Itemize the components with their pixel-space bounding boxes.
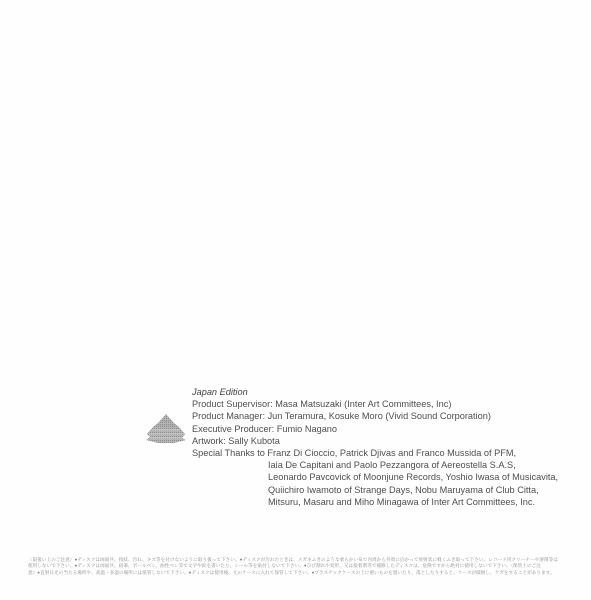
- credit-thanks-line: Iaia De Capitani and Paolo Pezzangora of…: [192, 459, 558, 471]
- credits-block: Japan Edition Product Supervisor: Masa M…: [192, 386, 558, 508]
- credit-product-supervisor: Product Supervisor: Masa Matsuzaki (Inte…: [192, 398, 558, 410]
- handling-notice-line: 使用しないで下さい。●ディスクは両面共、鉛筆、ボールペン、油性ペン等で文字や絵を…: [28, 563, 583, 569]
- credit-artwork: Artwork: Sally Kubota: [192, 435, 558, 447]
- credit-executive-producer: Executive Producer: Fumio Nagano: [192, 423, 558, 435]
- credit-thanks-line: Quiichiro Iwamoto of Strange Days, Nobu …: [192, 484, 558, 496]
- credit-special-thanks: Special Thanks to Franz Di Cioccio, Patr…: [192, 447, 558, 459]
- mountain-emblem-icon: [144, 412, 188, 444]
- handling-notice: 〈取扱い上のご注意〉●ディスクは両面共、指紋、汚れ、キズ等を付けないように取り扱…: [28, 557, 583, 576]
- edition-title: Japan Edition: [192, 386, 558, 398]
- credit-thanks-line: Leonardo Pavcovick of Moonjune Records, …: [192, 471, 558, 483]
- credit-thanks-line: Mitsuru, Masaru and Miho Minagawa of Int…: [192, 496, 558, 508]
- credit-product-manager: Product Manager: Jun Teramura, Kosuke Mo…: [192, 410, 558, 422]
- handling-notice-line: 意〉●直射日光の当たる場所や、高温・多湿の場所には保管しないで下さい。●ディスク…: [28, 570, 583, 576]
